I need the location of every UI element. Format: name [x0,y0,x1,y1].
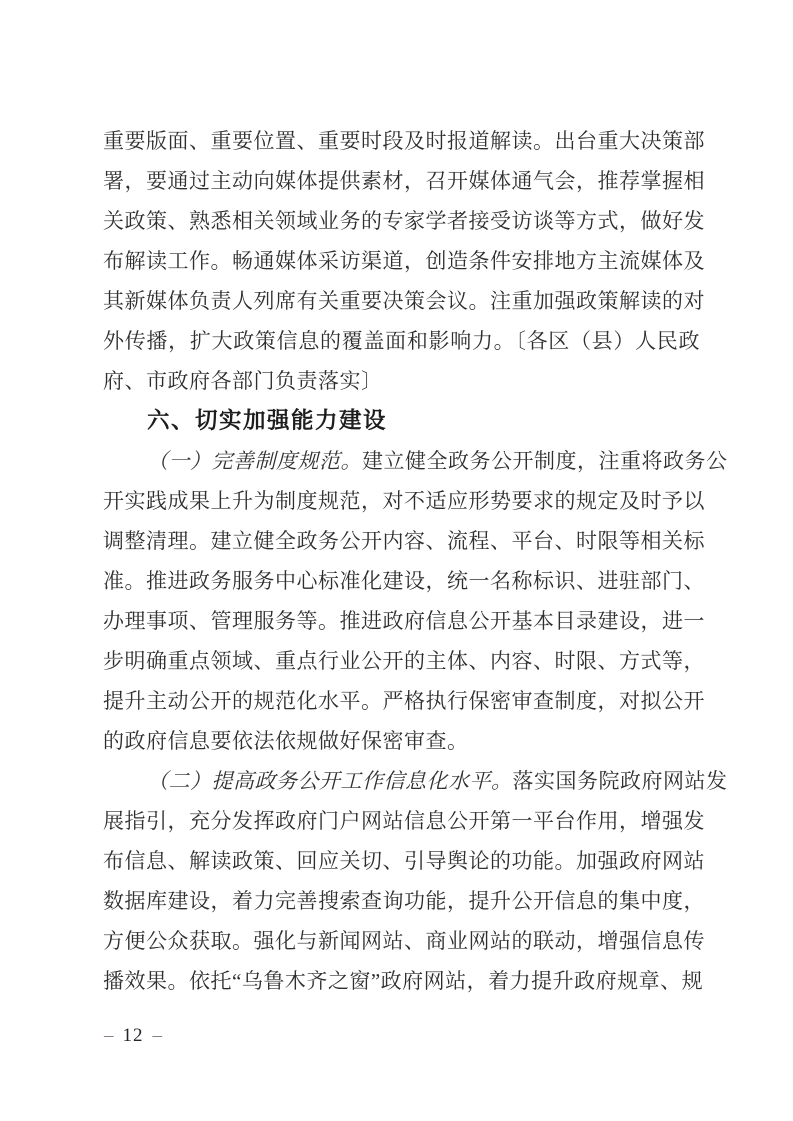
text-segment: 方便公众获取。强化与新闻网站、商业网站的联动，增强信息传 [103,929,705,953]
text-segment: 外传播，扩大政策信息的覆盖面和影响力。〔各区（县）人民政 [103,329,700,353]
text-segment: 布解读工作。畅通媒体采访渠道，创造条件安排地方主流媒体及 [103,249,705,273]
text-segment: 建立健全政务公开制度，注重将政务公 [362,449,728,473]
subsection-title: （二）提高政务公开工作信息化水平。 [147,769,513,793]
text-line: 关政策、熟悉相关领域业务的专家学者接受访谈等方式，做好发 [103,201,700,241]
text-line: 府、市政府各部门负责落实〕 [103,361,700,401]
text-line: 布解读工作。畅通媒体采访渠道，创造条件安排地方主流媒体及 [103,241,700,281]
page-footer: –12– [102,1021,164,1051]
text-segment: 布信息、解读政策、回应关切、引导舆论的功能。加强政府网站 [103,849,705,873]
text-line: 开实践成果上升为制度规范，对不适应形势要求的规定及时予以 [103,481,700,521]
text-line: 准。推进政务服务中心标准化建设，统一名称标识、进驻部门、 [103,561,700,601]
text-line: 调整清理。建立健全政务公开内容、流程、平台、时限等相关标 [103,521,700,561]
text-segment: 展指引，充分发挥政府门户网站信息公开第一平台作用，增强发 [103,809,705,833]
scanned-document-page: 重要版面、重要位置、重要时段及时报道解读。出台重大决策部署，要通过主动向媒体提供… [0,0,793,1121]
text-segment: 开实践成果上升为制度规范，对不适应形势要求的规定及时予以 [103,489,705,513]
text-segment: 提升主动公开的规范化水平。严格执行保密审查制度，对拟公开 [103,689,705,713]
text-line: 数据库建设，着力完善搜索查询功能，提升公开信息的集中度， [103,881,700,921]
document-body: 重要版面、重要位置、重要时段及时报道解读。出台重大决策部署，要通过主动向媒体提供… [103,121,700,1001]
text-segment: 准。推进政务服务中心标准化建设，统一名称标识、进驻部门、 [103,569,705,593]
text-line: 外传播，扩大政策信息的覆盖面和影响力。〔各区（县）人民政 [103,321,700,361]
text-segment: 调整清理。建立健全政务公开内容、流程、平台、时限等相关标 [103,529,705,553]
text-line: 提升主动公开的规范化水平。严格执行保密审查制度，对拟公开 [103,681,700,721]
section-heading: 六、切实加强能力建设 [103,401,700,441]
text-line: 方便公众获取。强化与新闻网站、商业网站的联动，增强信息传 [103,921,700,961]
page-number: 12 [116,1025,151,1046]
text-line: 署，要通过主动向媒体提供素材，召开媒体通气会，推荐掌握相 [103,161,700,201]
text-segment: 重要版面、重要位置、重要时段及时报道解读。出台重大决策部 [103,129,705,153]
text-line: 展指引，充分发挥政府门户网站信息公开第一平台作用，增强发 [103,801,700,841]
text-line: 的政府信息要依法依规做好保密审查。 [103,721,700,761]
text-line: （二）提高政务公开工作信息化水平。落实国务院政府网站发 [103,761,700,801]
text-segment: 数据库建设，着力完善搜索查询功能，提升公开信息的集中度， [103,889,705,913]
subsection-title: （一）完善制度规范。 [147,449,362,473]
text-segment: 关政策、熟悉相关领域业务的专家学者接受访谈等方式，做好发 [103,209,705,233]
text-segment: 的政府信息要依法依规做好保密审查。 [103,729,469,753]
text-segment: 六、切实加强能力建设 [147,408,387,433]
text-segment: 办理事项、管理服务等。推进政府信息公开基本目录建设，进一 [103,609,705,633]
text-segment: 落实国务院政府网站发 [513,769,728,793]
text-segment: 署，要通过主动向媒体提供素材，召开媒体通气会，推荐掌握相 [103,169,705,193]
footer-dash-left: – [102,1025,116,1046]
text-segment: 其新媒体负责人列席有关重要决策会议。注重加强政策解读的对 [103,289,705,313]
text-line: （一）完善制度规范。建立健全政务公开制度，注重将政务公 [103,441,700,481]
text-segment: 步明确重点领域、重点行业公开的主体、内容、时限、方式等， [103,649,705,673]
text-line: 重要版面、重要位置、重要时段及时报道解读。出台重大决策部 [103,121,700,161]
text-segment: 播效果。依托“乌鲁木齐之窗”政府网站，着力提升政府规章、规 [103,969,703,993]
text-line: 步明确重点领域、重点行业公开的主体、内容、时限、方式等， [103,641,700,681]
text-line: 其新媒体负责人列席有关重要决策会议。注重加强政策解读的对 [103,281,700,321]
text-line: 办理事项、管理服务等。推进政府信息公开基本目录建设，进一 [103,601,700,641]
footer-dash-right: – [151,1025,165,1046]
text-line: 布信息、解读政策、回应关切、引导舆论的功能。加强政府网站 [103,841,700,881]
text-line: 播效果。依托“乌鲁木齐之窗”政府网站，着力提升政府规章、规 [103,961,700,1001]
text-segment: 府、市政府各部门负责落实〕 [103,369,383,393]
